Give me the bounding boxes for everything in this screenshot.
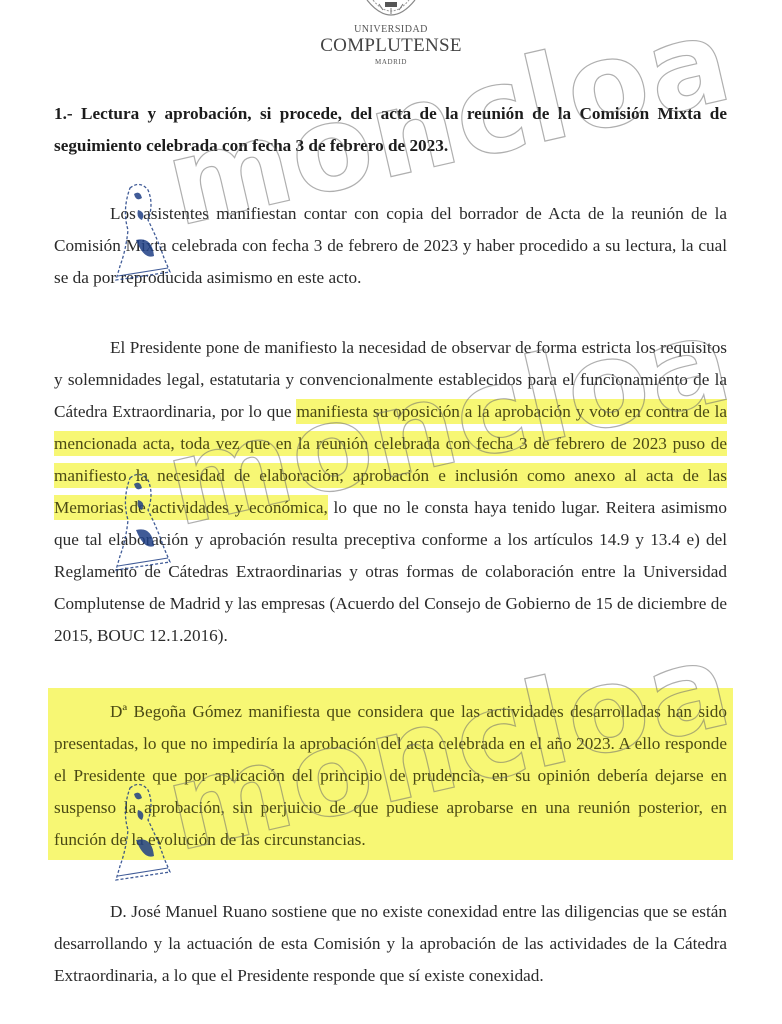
paragraph-presidente: El Presidente pone de manifiesto la nece…	[54, 332, 727, 652]
agenda-item-heading: 1.- Lectura y aprobación, si procede, de…	[54, 98, 727, 162]
paragraph-ruano: D. José Manuel Ruano sostiene que no exi…	[54, 896, 727, 992]
presidente-text-after: lo que no le consta haya tenido lugar. R…	[54, 498, 727, 645]
highlighted-block-begona: Dª Begoña Gómez manifiesta que considera…	[48, 688, 733, 860]
paragraph-asistentes: Los asistentes manifiestan contar con co…	[54, 198, 727, 294]
letterhead-line-madrid: MADRID	[0, 56, 782, 68]
university-letterhead: UNIVERSIDAD COMPLUTENSE MADRID	[0, 0, 782, 68]
university-crest-icon	[363, 0, 419, 22]
minutes-document: 1.- Lectura y aprobación, si procede, de…	[54, 98, 727, 992]
paragraph-begona-gomez: Dª Begoña Gómez manifiesta que considera…	[54, 696, 727, 856]
letterhead-line-complutense: COMPLUTENSE	[0, 36, 782, 56]
